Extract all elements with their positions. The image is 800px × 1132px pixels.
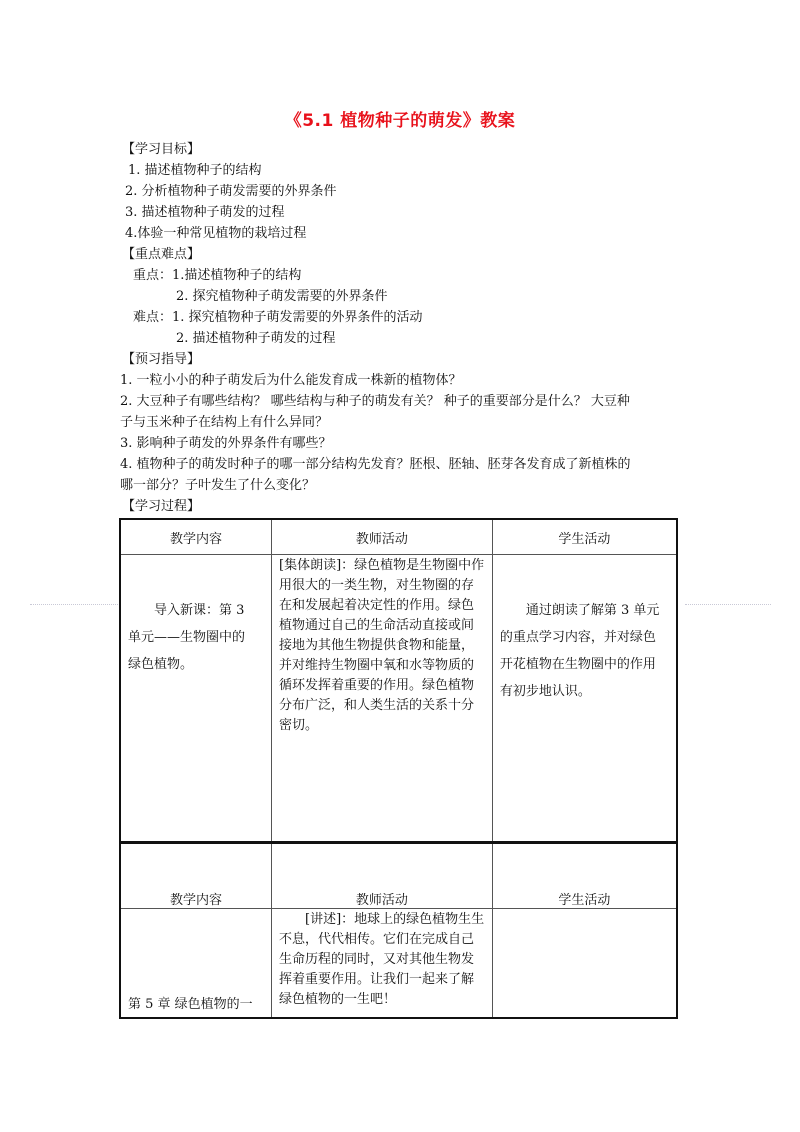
section-heading-preview: 【预习指导】 (122, 350, 200, 370)
header-content: 教学内容 (120, 519, 272, 555)
header-teacher: 教师活动 (272, 519, 493, 555)
cell-line: 单元——生物圈中的 (128, 624, 264, 651)
cell-line: 有初步地认识。 (500, 678, 669, 705)
cell-line: 通过朗读了解第 3 单元 (500, 597, 669, 624)
objective-item: 3. 描述植物种子萌发的过程 (125, 203, 285, 223)
preview-question-cont: 子与玉米种子在结构上有什么异同？ (120, 413, 328, 433)
preview-question: 3. 影响种子萌发的外界条件有哪些？ (120, 434, 332, 454)
objective-item: 4.体验一种常见植物的栽培过程 (125, 224, 306, 244)
cell-line: 导入新课：第 3 (128, 597, 264, 624)
cell-line: 绿色植物。 (128, 651, 264, 678)
header-student: 学生活动 (492, 519, 677, 555)
key-point-line: 重点：1.描述植物种子的结构 (133, 266, 301, 286)
section-heading-key-points: 【重点难点】 (122, 245, 200, 265)
difficulty-line: 难点：1. 探究植物种子萌发需要的外界条件的活动 (133, 308, 423, 328)
cell-content: 导入新课：第 3 单元——生物圈中的 绿色植物。 (120, 555, 272, 843)
header-student: 学生活动 (492, 843, 677, 909)
preview-question: 1. 一粒小小的种子萌发后为什么能发育成一株新的植物体？ (120, 371, 462, 391)
cell-student: 通过朗读了解第 3 单元 的重点学习内容，并对绿色 开花植物在生物圈中的作用 有… (492, 555, 677, 843)
table-header-row: 教学内容 教师活动 学生活动 (120, 519, 677, 555)
objective-item: 1. 描述植物种子的结构 (128, 161, 262, 181)
cell-line: 第 5 章 绿色植物的一 (121, 992, 271, 1017)
cell-line: 的重点学习内容，并对绿色 (500, 624, 669, 651)
section-heading-objectives: 【学习目标】 (122, 140, 200, 160)
section-heading-process: 【学习过程】 (122, 497, 200, 517)
preview-question: 2. 大豆种子有哪些结构？ 哪些结构与种子的萌发有关？ 种子的重要部分是什么？ … (120, 392, 630, 412)
table-header-row-repeat: 教学内容 教师活动 学生活动 (120, 843, 677, 909)
cell-paragraph: [集体朗读]：绿色植物是生物圈中作用很大的一类生物，对生物圈的存在和发展起着决定… (272, 555, 492, 739)
header-content: 教学内容 (120, 843, 272, 909)
cell-line: 开花植物在生物圈中的作用 (500, 651, 669, 678)
table-row: 第 5 章 绿色植物的一 [讲述]：地球上的绿色植物生生不息，代代相传。它们在完… (120, 909, 677, 1019)
header-teacher: 教师活动 (272, 843, 493, 909)
objective-item: 2. 分析植物种子萌发需要的外界条件 (125, 182, 337, 202)
preview-question: 4. 植物种子的萌发时种子的哪一部分结构先发育？胚根、胚轴、胚芽各发育成了新植株… (120, 455, 631, 475)
page-break-dots-left (30, 604, 118, 605)
cell-paragraph: [讲述]：地球上的绿色植物生生不息，代代相传。它们在完成自己生命历程的同时，又对… (272, 909, 492, 1013)
key-point-line: 2. 探究植物种子萌发需要的外界条件 (176, 287, 388, 307)
page-break-dots-right (685, 604, 771, 605)
cell-teacher: [讲述]：地球上的绿色植物生生不息，代代相传。它们在完成自己生命历程的同时，又对… (272, 909, 493, 1019)
learning-process-table: 教学内容 教师活动 学生活动 导入新课：第 3 单元——生物圈中的 绿色植物。 … (119, 518, 678, 1019)
cell-teacher: [集体朗读]：绿色植物是生物圈中作用很大的一类生物，对生物圈的存在和发展起着决定… (272, 555, 493, 843)
table-row: 导入新课：第 3 单元——生物圈中的 绿色植物。 [集体朗读]：绿色植物是生物圈… (120, 555, 677, 843)
difficulty-line: 2. 描述植物种子萌发的过程 (176, 329, 336, 349)
cell-student (492, 909, 677, 1019)
preview-question-cont: 哪一部分？子叶发生了什么变化？ (120, 476, 315, 496)
document-title: 《5.1 植物种子的萌发》教案 (0, 106, 800, 131)
cell-content: 第 5 章 绿色植物的一 (120, 909, 272, 1019)
